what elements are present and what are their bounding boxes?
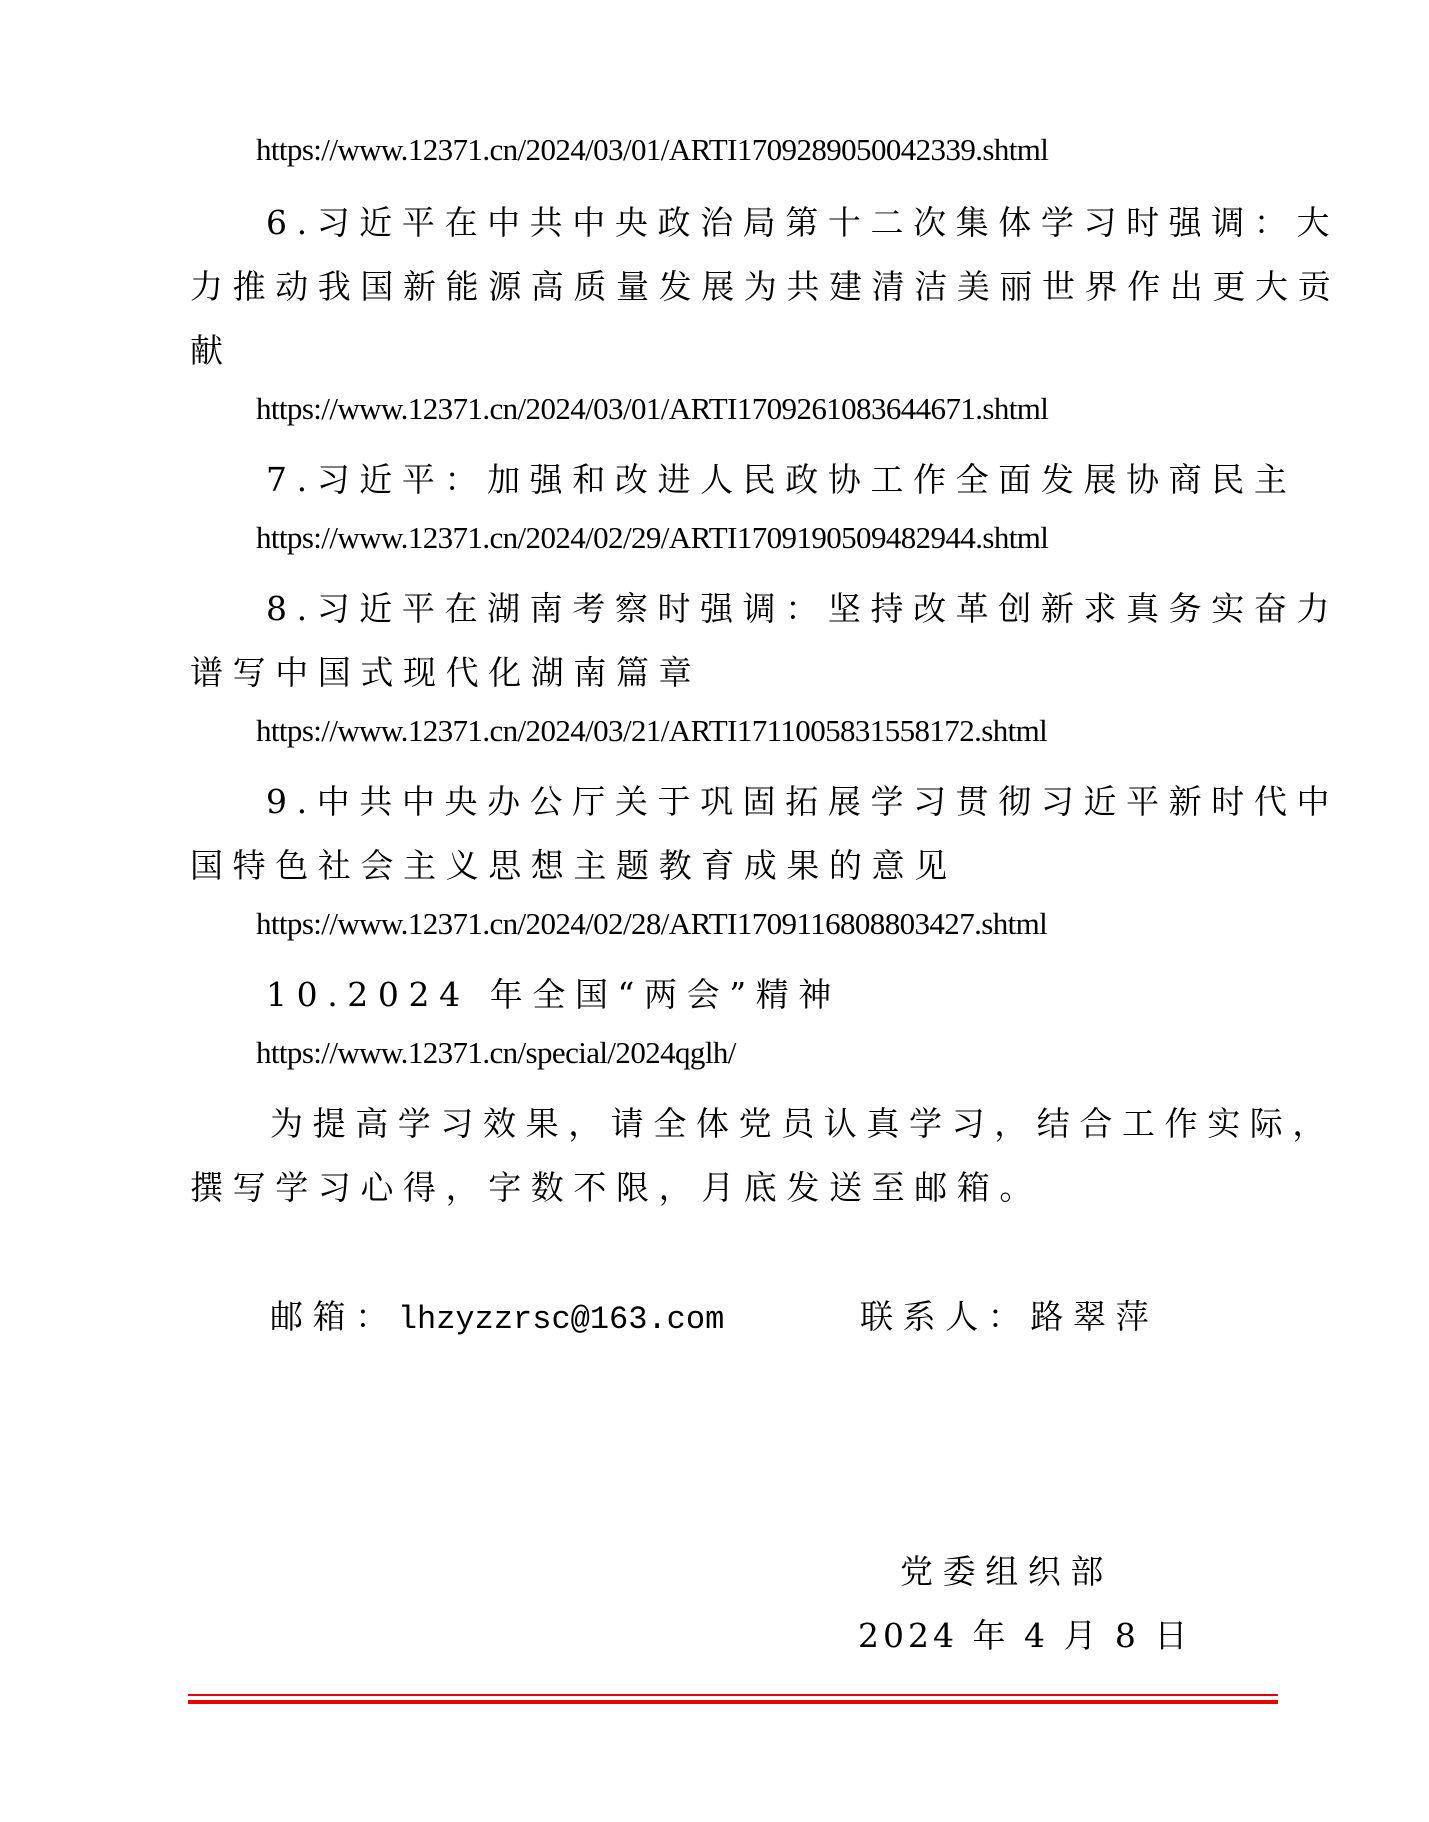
document-page: https://www.12371.cn/2024/03/01/ARTI1709… [0,0,1429,1822]
closing-line-2: 撰写学习心得，字数不限，月底发送至邮箱。 [190,1171,1042,1204]
item-8-title-line-1: 8.习近平在湖南考察时强调：坚持改革创新求真务实奋力 [266,592,1339,625]
red-rule-top [188,1694,1278,1696]
item-9-number: 9. [266,782,317,821]
item-10-title-text: 2024 年全国“两会”精神 [347,975,841,1014]
signature-org: 党委组织部 [900,1555,1113,1588]
person-label: 联系人： [860,1297,1030,1336]
item-5-url[interactable]: https://www.12371.cn/2024/03/01/ARTI1709… [256,134,1048,165]
item-9-title-line-1: 9.中共中央办公厅关于巩固拓展学习贯彻习近平新时代中 [266,785,1339,818]
closing-line-1: 为提高学习效果，请全体党员认真学习，结合工作实际， [270,1107,1335,1140]
email-address[interactable]: lhzyzzrsc@163.com [398,1301,724,1338]
item-7-title: 7.习近平：加强和改进人民政协工作全面发展协商民主 [266,463,1297,496]
item-10-title: 10.2024 年全国“两会”精神 [266,978,841,1011]
person-name: 路翠萍 [1030,1297,1158,1336]
item-7-url[interactable]: https://www.12371.cn/2024/02/29/ARTI1709… [256,522,1048,553]
item-8-url[interactable]: https://www.12371.cn/2024/03/21/ARTI1711… [256,715,1047,746]
item-7-title-text: 习近平：加强和改进人民政协工作全面发展协商民主 [317,460,1297,499]
red-rule-bottom [188,1700,1278,1704]
item-9-url[interactable]: https://www.12371.cn/2024/02/28/ARTI1709… [256,908,1047,939]
item-8-title-line-2: 谱写中国式现代化湖南篇章 [190,656,701,689]
item-7-number: 7. [266,460,317,499]
item-6-url[interactable]: https://www.12371.cn/2024/03/01/ARTI1709… [256,393,1048,424]
item-6-title-line-1: 6.习近平在中共中央政治局第十二次集体学习时强调：大 [266,206,1339,239]
item-10-number: 10. [266,975,347,1014]
signature-date: 2024 年 4 月 8 日 [858,1619,1191,1652]
email-label: 邮箱： [270,1297,398,1336]
item-8-number: 8. [266,589,317,628]
item-9-title-line-2: 国特色社会主义思想主题教育成果的意见 [190,849,957,882]
item-6-title-line-3: 献 [190,334,233,367]
item-6-title-line-2: 力推动我国新能源高质量发展为共建清洁美丽世界作出更大贡 [190,270,1340,303]
item-6-title-text-1: 习近平在中共中央政治局第十二次集体学习时强调：大 [317,203,1339,242]
item-9-title-text-1: 中共中央办公厅关于巩固拓展学习贯彻习近平新时代中 [317,782,1339,821]
item-8-title-text-1: 习近平在湖南考察时强调：坚持改革创新求真务实奋力 [317,589,1339,628]
item-10-url[interactable]: https://www.12371.cn/special/2024qglh/ [256,1037,736,1068]
item-6-number: 6. [266,203,317,242]
contact-email-line: 邮箱：lhzyzzrsc@163.com [270,1300,724,1336]
contact-person-line: 联系人：路翠萍 [860,1300,1158,1333]
